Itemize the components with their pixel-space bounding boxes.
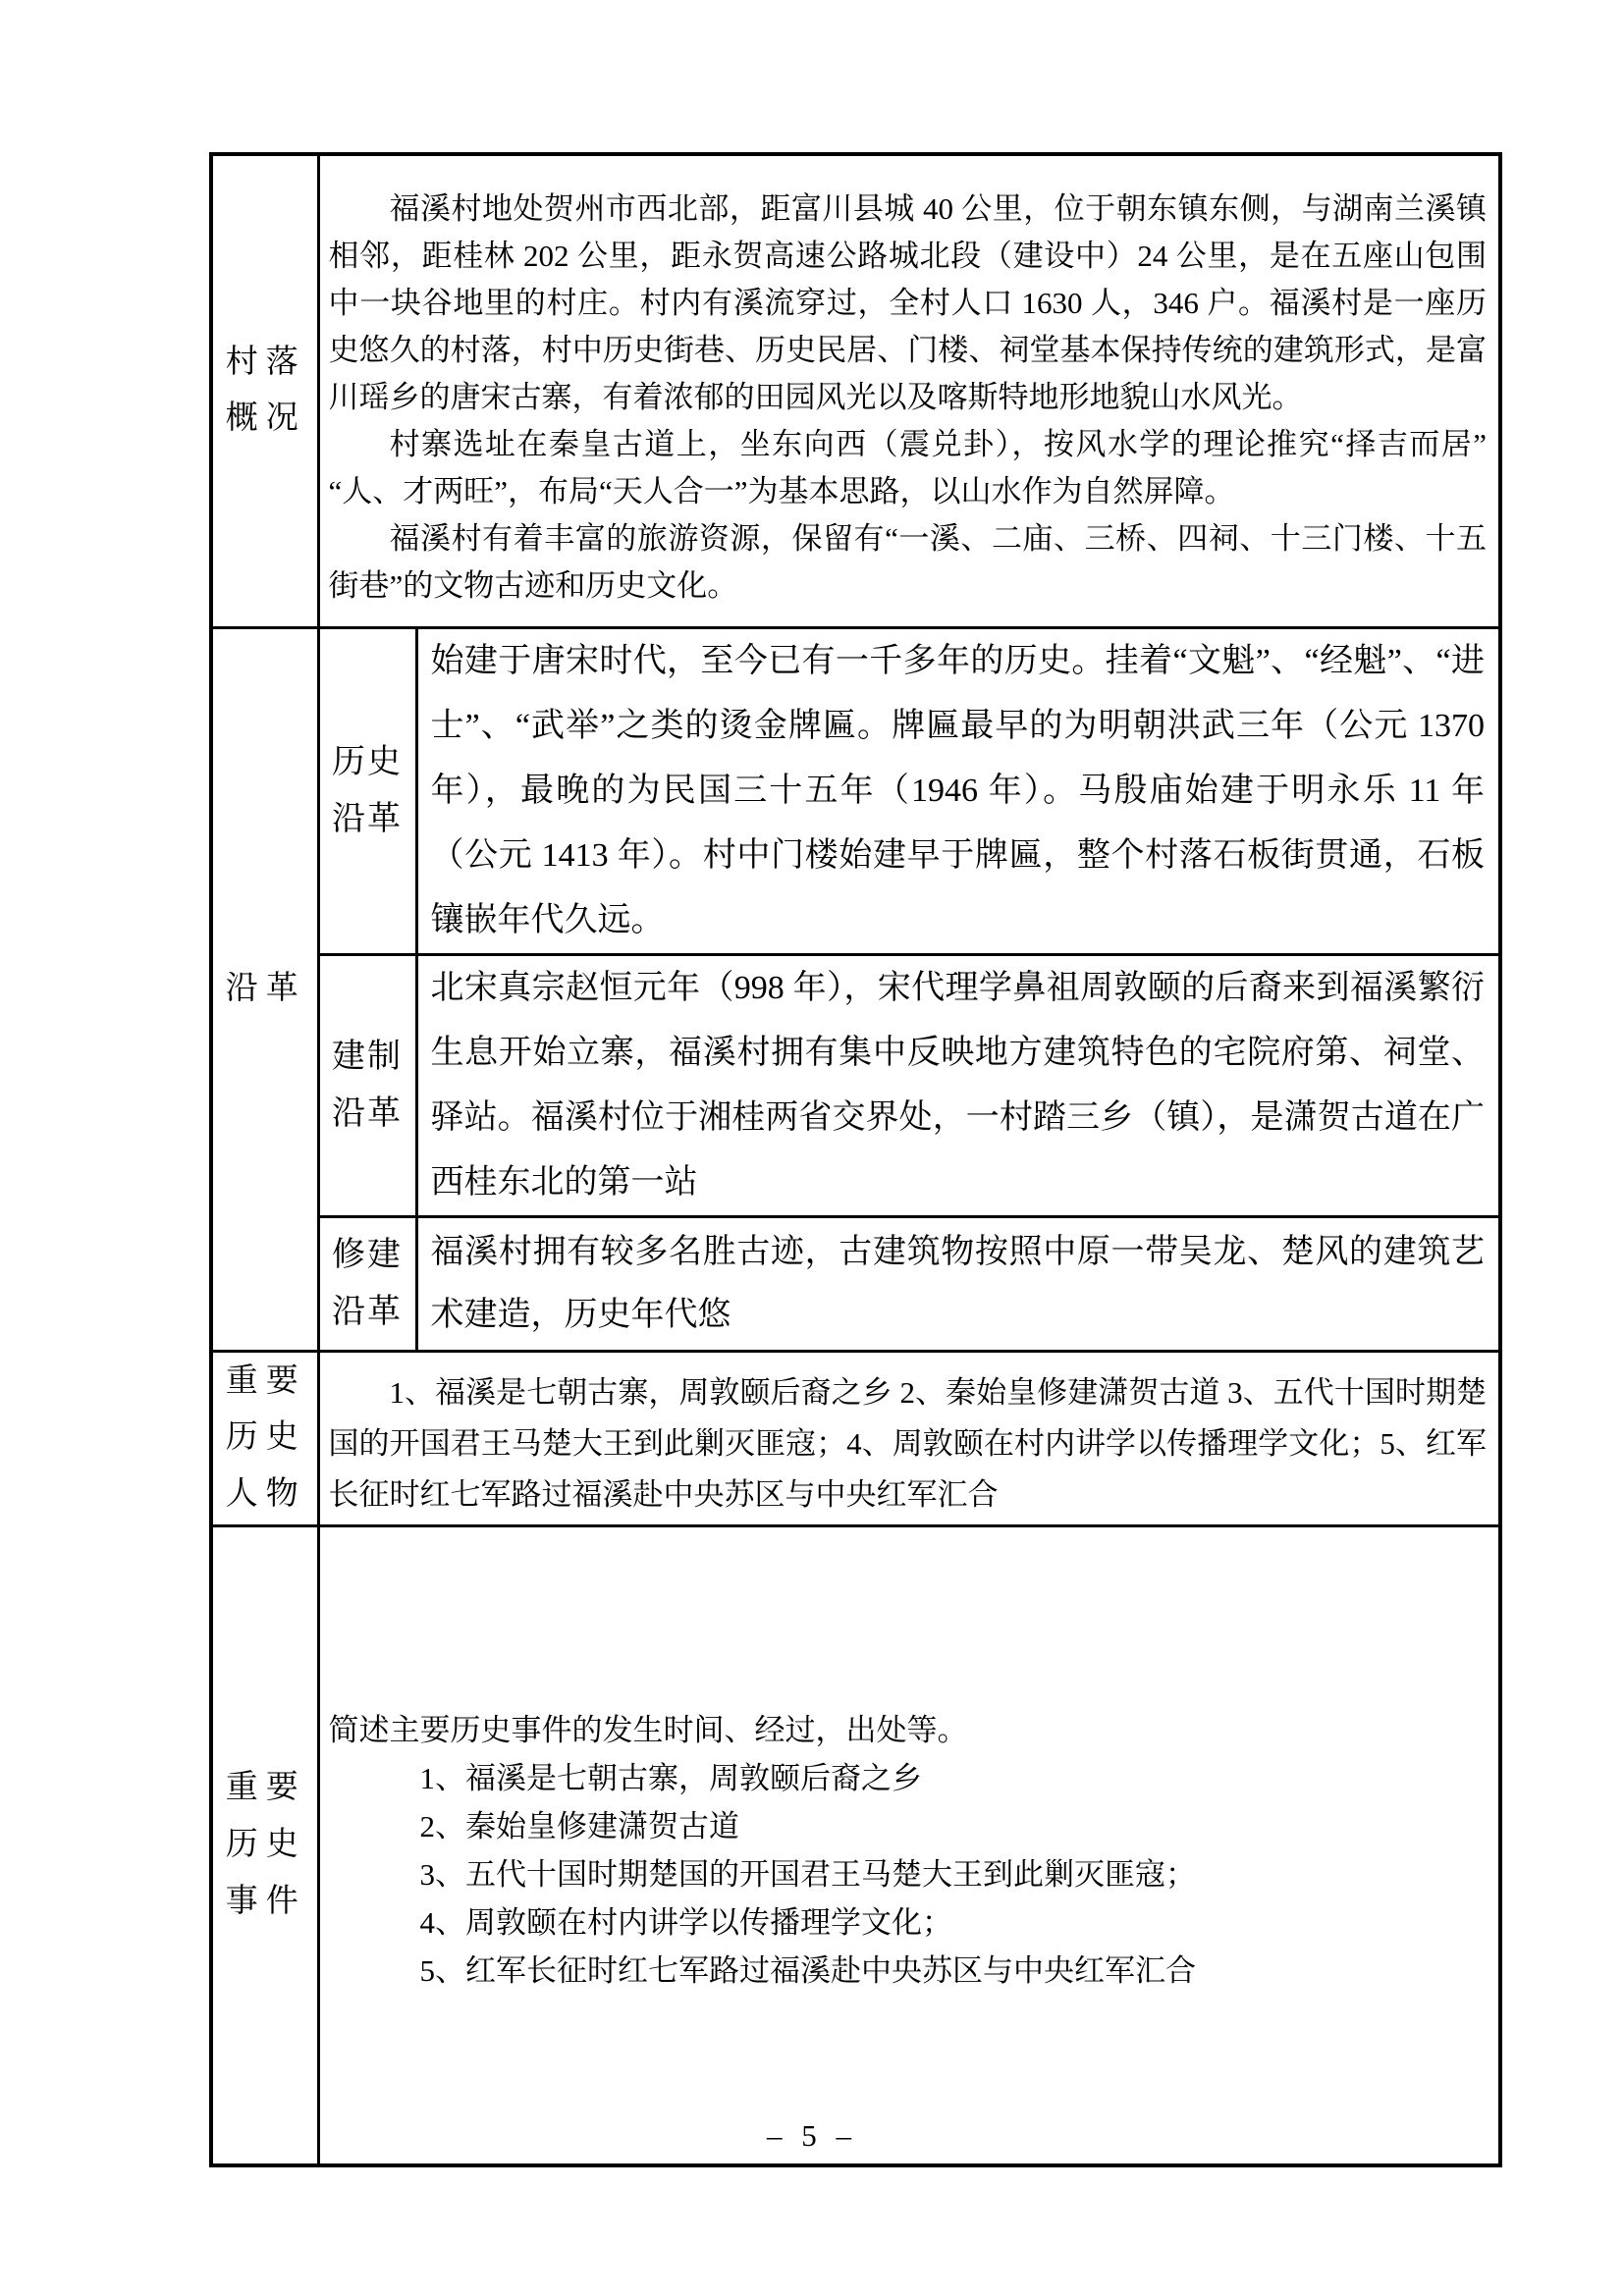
construction-evolution-text: 福溪村拥有较多名胜古迹，古建筑物按照中原一带吴龙、楚风的建筑艺术建造，历史年代悠: [431, 1221, 1486, 1347]
row-historical-figures: 重要历史人物 1、福溪是七朝古寨，周敦颐后裔之乡 2、秦始皇修建潇贺古道 3、五…: [211, 1351, 1500, 1525]
historical-event-item: 5、红军长征时红七军路过福溪赴中央苏区与中央红军汇合: [329, 1947, 1488, 1995]
evolution-group-label: 沿革: [226, 961, 304, 1018]
historical-event-item: 3、五代十国时期楚国的开国君王马楚大王到此剿灭匪寇；: [329, 1850, 1488, 1898]
historical-event-item: 4、周敦颐在村内讲学以传播理学文化；: [329, 1898, 1488, 1947]
row-label-historical-figures: 重要历史人物: [211, 1351, 318, 1525]
row-label-evolution-group: 沿革: [211, 627, 318, 1351]
history-evolution-text: 始建于唐宋时代，至今已有一千多年的历史。挂着“文魁”、“经魁”、“进士”、“武举…: [431, 629, 1486, 953]
village-overview-cell: 福溪村地处贺州市西北部，距富川县城 40 公里，位于朝东镇东侧，与湖南兰溪镇相邻…: [318, 154, 1500, 627]
row-label-village-overview: 村落概况: [211, 154, 318, 627]
village-info-table: 村落概况 福溪村地处贺州市西北部，距富川县城 40 公里，位于朝东镇东侧，与湖南…: [209, 152, 1502, 2167]
row-label-history-evolution: 历史沿革: [318, 627, 416, 954]
village-overview-paragraph-2: 村寨选址在秦皇古道上，坐东向西（震兑卦），按风水学的理论推究“择吉而居”“人、才…: [329, 421, 1488, 515]
historical-events-cell: 简述主要历史事件的发生时间、经过，出处等。 1、福溪是七朝古寨，周敦颐后裔之乡 …: [318, 1525, 1500, 2165]
history-evolution-cell: 始建于唐宋时代，至今已有一千多年的历史。挂着“文魁”、“经魁”、“进士”、“武举…: [416, 627, 1500, 954]
organization-evolution-text: 北宋真宗赵恒元年（998 年），宋代理学鼻祖周敦颐的后裔来到福溪繁衍生息开始立寨…: [431, 956, 1486, 1215]
row-organization-evolution: 建制沿革 北宋真宗赵恒元年（998 年），宋代理学鼻祖周敦颐的后裔来到福溪繁衍生…: [211, 954, 1500, 1216]
historical-event-item: 1、福溪是七朝古寨，周敦颐后裔之乡: [329, 1754, 1488, 1802]
page-sheet: 村落概况 福溪村地处贺州市西北部，距富川县城 40 公里，位于朝东镇东侧，与湖南…: [0, 0, 1624, 2296]
row-label-organization-evolution: 建制沿革: [318, 954, 416, 1216]
village-overview-paragraph-3: 福溪村有着丰富的旅游资源，保留有“一溪、二庙、三桥、四祠、十三门楼、十五街巷”的…: [329, 515, 1488, 610]
organization-evolution-cell: 北宋真宗赵恒元年（998 年），宋代理学鼻祖周敦颐的后裔来到福溪繁衍生息开始立寨…: [416, 954, 1500, 1216]
historical-figures-label: 重要历史人物: [226, 1354, 304, 1523]
row-history-evolution: 沿革 历史沿革 始建于唐宋时代，至今已有一千多年的历史。挂着“文魁”、“经魁”、…: [211, 627, 1500, 954]
historical-events-intro: 简述主要历史事件的发生时间、经过，出处等。: [329, 1706, 1488, 1754]
historical-figures-text: 1、福溪是七朝古寨，周敦颐后裔之乡 2、秦始皇修建潇贺古道 3、五代十国时期楚国…: [329, 1367, 1488, 1521]
history-evolution-label: 历史沿革: [332, 734, 403, 848]
construction-evolution-label: 修建沿革: [332, 1227, 403, 1341]
historical-figures-cell: 1、福溪是七朝古寨，周敦颐后裔之乡 2、秦始皇修建潇贺古道 3、五代十国时期楚国…: [318, 1351, 1500, 1525]
row-label-historical-events: 重要历史事件: [211, 1525, 318, 2165]
historical-events-label: 重要历史事件: [226, 1760, 304, 1930]
document-page: { "table": { "overview": { "label": "村落概…: [0, 0, 1624, 2296]
row-historical-events: 重要历史事件 简述主要历史事件的发生时间、经过，出处等。 1、福溪是七朝古寨，周…: [211, 1525, 1500, 2165]
row-label-construction-evolution: 修建沿革: [318, 1216, 416, 1351]
page-number: – 5 –: [767, 2118, 857, 2153]
row-village-overview: 村落概况 福溪村地处贺州市西北部，距富川县城 40 公里，位于朝东镇东侧，与湖南…: [211, 154, 1500, 627]
historical-event-item: 2、秦始皇修建潇贺古道: [329, 1802, 1488, 1850]
village-overview-label: 村落概况: [226, 335, 304, 449]
village-overview-paragraph-1: 福溪村地处贺州市西北部，距富川县城 40 公里，位于朝东镇东侧，与湖南兰溪镇相邻…: [329, 186, 1488, 421]
construction-evolution-cell: 福溪村拥有较多名胜古迹，古建筑物按照中原一带吴龙、楚风的建筑艺术建造，历史年代悠: [416, 1216, 1500, 1351]
row-construction-evolution: 修建沿革 福溪村拥有较多名胜古迹，古建筑物按照中原一带吴龙、楚风的建筑艺术建造，…: [211, 1216, 1500, 1351]
page-footer: – 5 –: [0, 2118, 1624, 2154]
organization-evolution-label: 建制沿革: [332, 1029, 403, 1143]
